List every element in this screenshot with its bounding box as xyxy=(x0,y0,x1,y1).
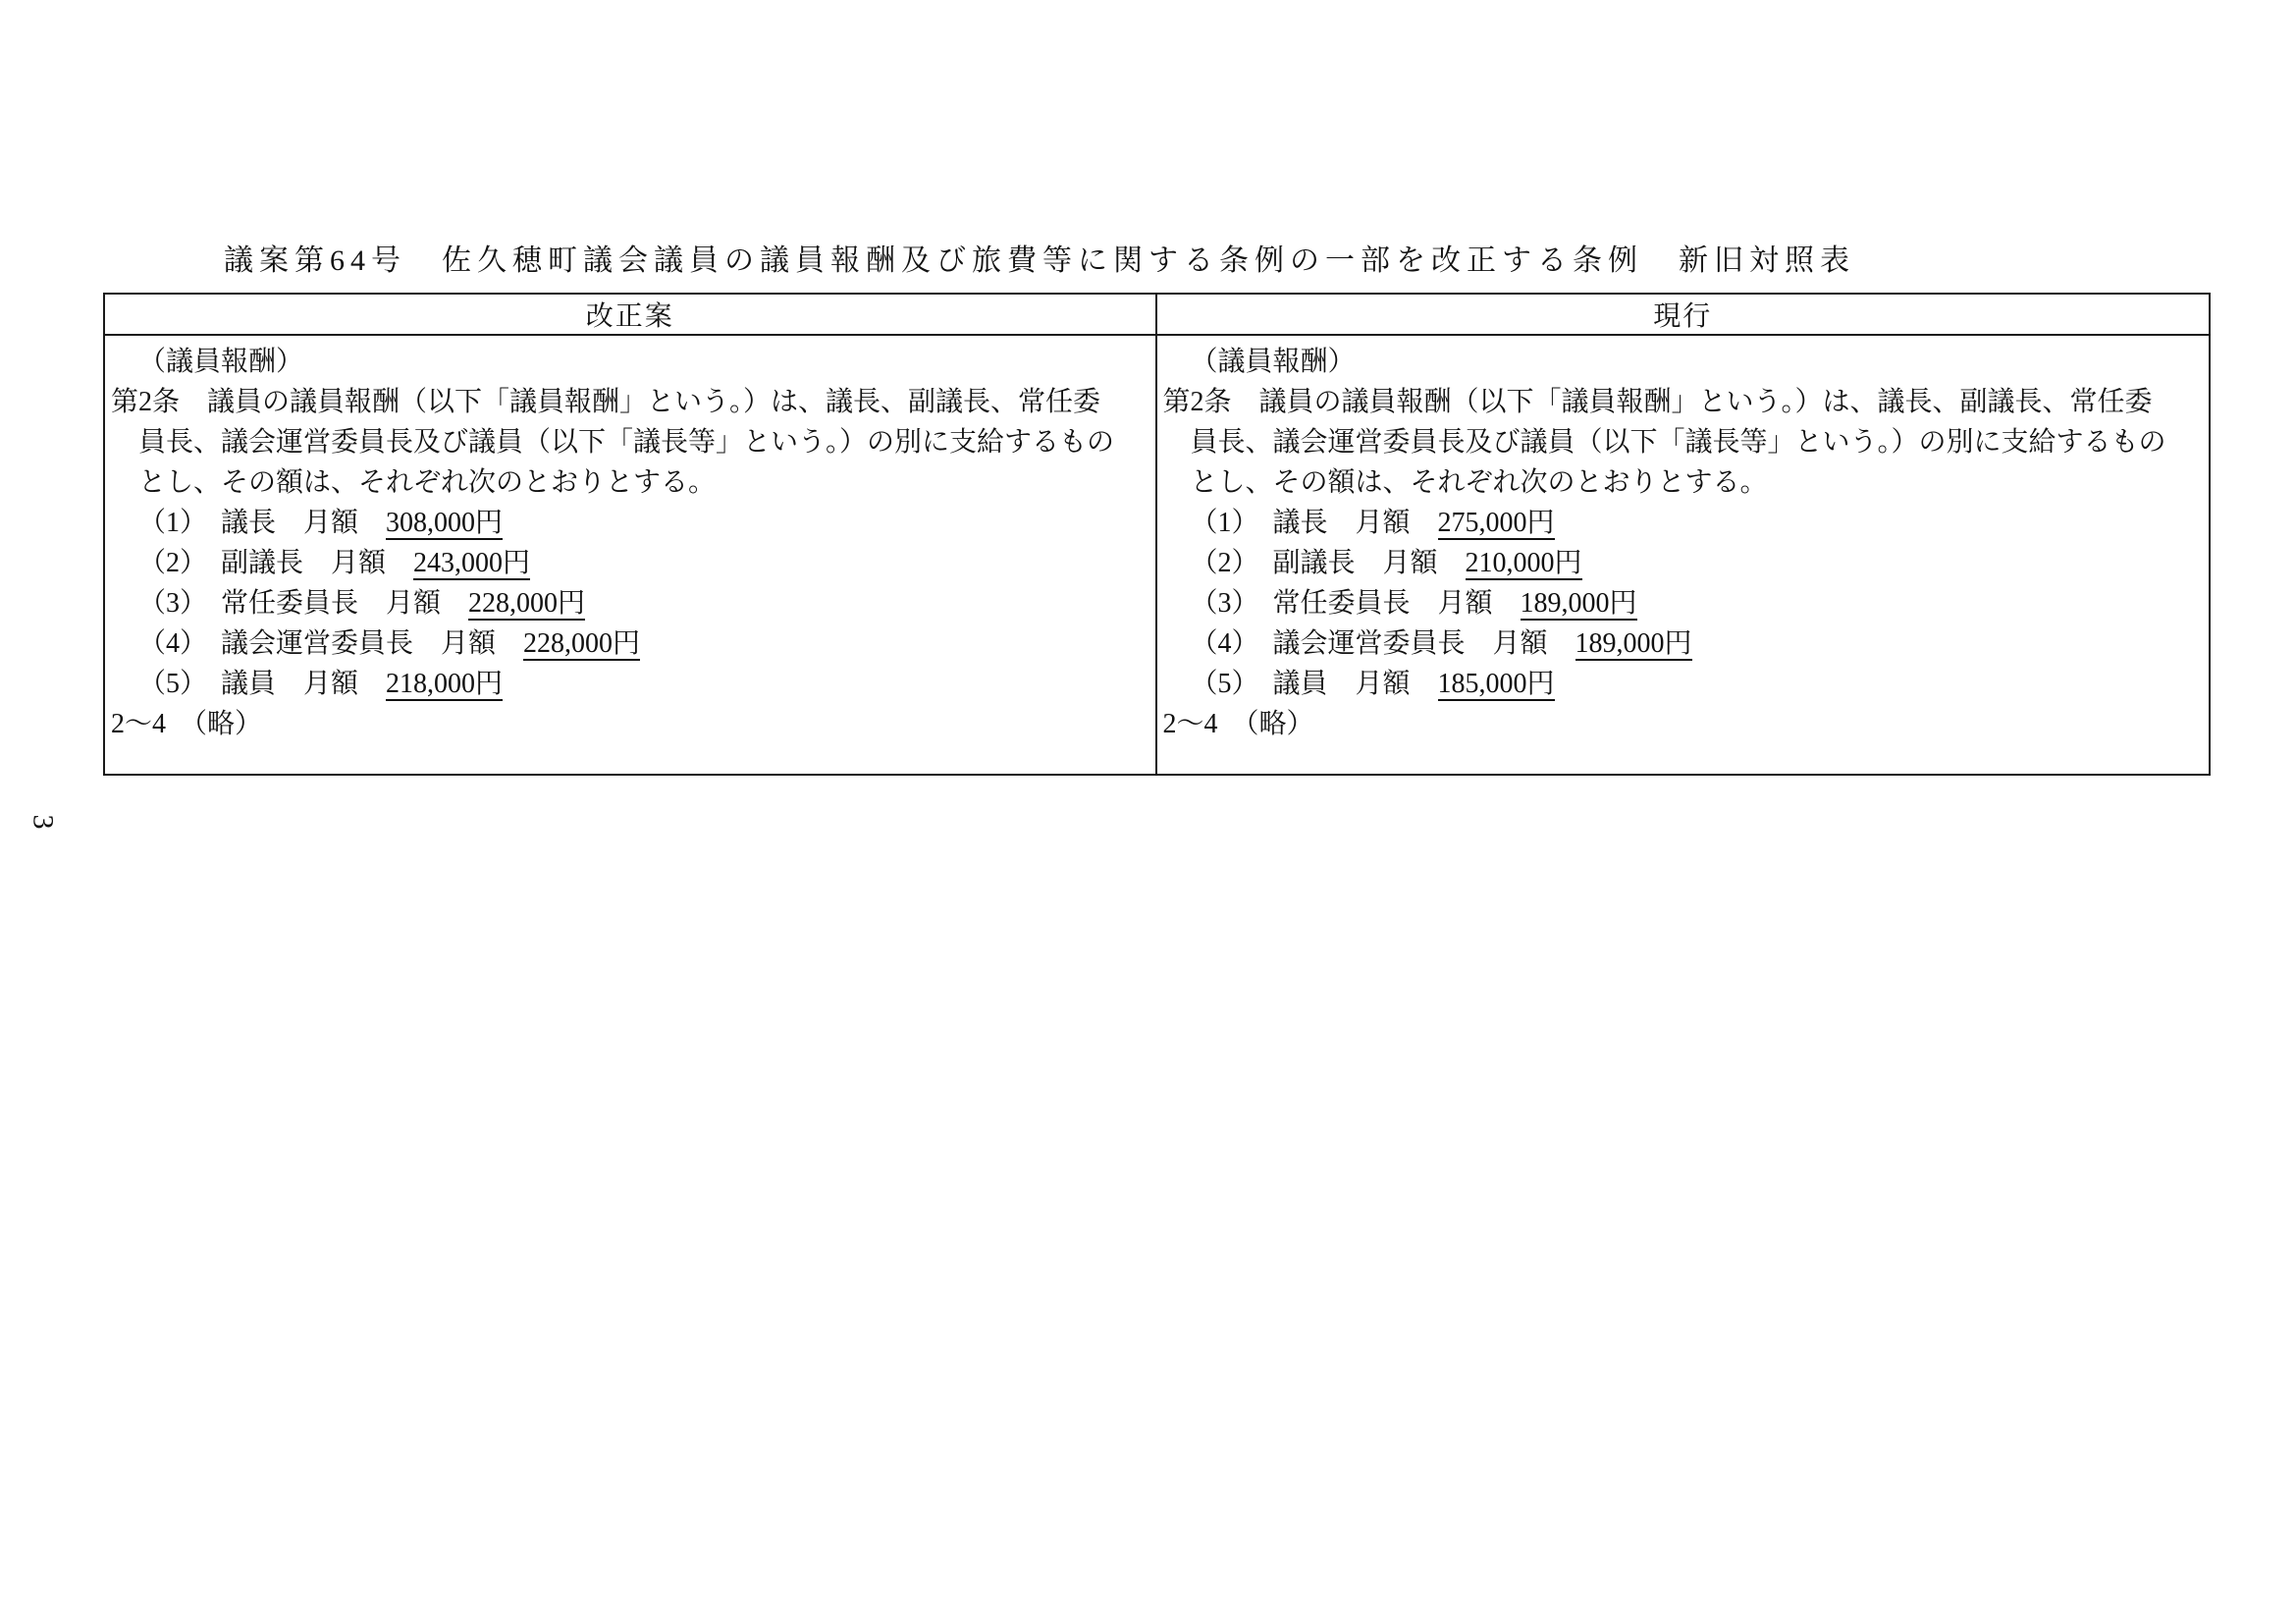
fee-item: （3） 常任委員長 月額 189,000円 xyxy=(1163,583,2202,623)
fee-item-amount: 189,000円 xyxy=(1521,588,1637,621)
comparison-table: 改正案 現行 （議員報酬） 第2条 議員の議員報酬（以下「議員報酬」という。）は… xyxy=(103,293,2211,776)
fee-item-amount: 228,000円 xyxy=(523,628,640,661)
fee-item-amount: 218,000円 xyxy=(386,669,503,701)
fee-item: （2） 副議長 月額 210,000円 xyxy=(1163,543,2202,583)
fee-item-label: （1） 議長 月額 xyxy=(1191,508,1438,538)
fee-item: （5） 議員 月額 185,000円 xyxy=(1163,664,2202,704)
revised-column-cell: （議員報酬） 第2条 議員の議員報酬（以下「議員報酬」という。）は、議長、副議長… xyxy=(105,336,1157,774)
header-revised-column: 改正案 xyxy=(105,295,1157,334)
document-title: 議案第64号 佐久穂町議会議員の議員報酬及び旅費等に関する条例の一部を改正する条… xyxy=(224,236,1855,279)
fee-item: （3） 常任委員長 月額 228,000円 xyxy=(111,583,1148,623)
fee-item-amount: 308,000円 xyxy=(386,508,503,540)
fee-item-label: （4） 議会運営委員長 月額 xyxy=(138,628,523,659)
fee-item-label: （2） 副議長 月額 xyxy=(138,548,413,578)
article-paragraph-line: 第2条 議員の議員報酬（以下「議員報酬」という。）は、議長、副議長、常任委 xyxy=(111,382,1148,422)
article-paragraph-line: とし、その額は、それぞれ次のとおりとする。 xyxy=(1163,462,2202,503)
fee-item-label: （5） 議員 月額 xyxy=(138,669,386,699)
fee-item: （1） 議長 月額 275,000円 xyxy=(1163,503,2202,543)
fee-item-label: （2） 副議長 月額 xyxy=(1191,548,1466,578)
fee-item-amount: 185,000円 xyxy=(1438,669,1555,701)
article-paragraph-line: 第2条 議員の議員報酬（以下「議員報酬」という。）は、議長、副議長、常任委 xyxy=(1163,382,2202,422)
table-header-row: 改正案 現行 xyxy=(105,295,2209,336)
page-number: 3 xyxy=(27,815,60,830)
article-paragraph-line: とし、その額は、それぞれ次のとおりとする。 xyxy=(111,462,1148,503)
fee-item: （2） 副議長 月額 243,000円 xyxy=(111,543,1148,583)
fee-item-amount: 275,000円 xyxy=(1438,508,1555,540)
fee-item-label: （1） 議長 月額 xyxy=(138,508,386,538)
fee-item-label: （4） 議会運営委員長 月額 xyxy=(1191,628,1575,659)
abbreviated-clauses: 2～4 （略） xyxy=(111,704,1148,744)
fee-item-amount: 210,000円 xyxy=(1466,548,1582,580)
header-current-column: 現行 xyxy=(1157,295,2210,334)
fee-item-label: （5） 議員 月額 xyxy=(1191,669,1438,699)
section-label: （議員報酬） xyxy=(1163,342,2202,382)
article-paragraph-line: 員長、議会運営委員長及び議員（以下「議長等」という。）の別に支給するもの xyxy=(111,422,1148,462)
fee-item-amount: 228,000円 xyxy=(468,588,585,621)
fee-item: （4） 議会運営委員長 月額 228,000円 xyxy=(111,623,1148,664)
fee-item-label: （3） 常任委員長 月額 xyxy=(1191,588,1521,619)
abbreviated-clauses: 2～4 （略） xyxy=(1163,704,2202,744)
article-paragraph-line: 員長、議会運営委員長及び議員（以下「議長等」という。）の別に支給するもの xyxy=(1163,422,2202,462)
table-body-row: （議員報酬） 第2条 議員の議員報酬（以下「議員報酬」という。）は、議長、副議長… xyxy=(105,336,2209,774)
section-label: （議員報酬） xyxy=(111,342,1148,382)
fee-item: （4） 議会運営委員長 月額 189,000円 xyxy=(1163,623,2202,664)
fee-item: （1） 議長 月額 308,000円 xyxy=(111,503,1148,543)
current-column-cell: （議員報酬） 第2条 議員の議員報酬（以下「議員報酬」という。）は、議長、副議長… xyxy=(1157,336,2210,774)
fee-item-amount: 189,000円 xyxy=(1575,628,1692,661)
fee-item: （5） 議員 月額 218,000円 xyxy=(111,664,1148,704)
fee-item-label: （3） 常任委員長 月額 xyxy=(138,588,468,619)
fee-item-amount: 243,000円 xyxy=(413,548,530,580)
